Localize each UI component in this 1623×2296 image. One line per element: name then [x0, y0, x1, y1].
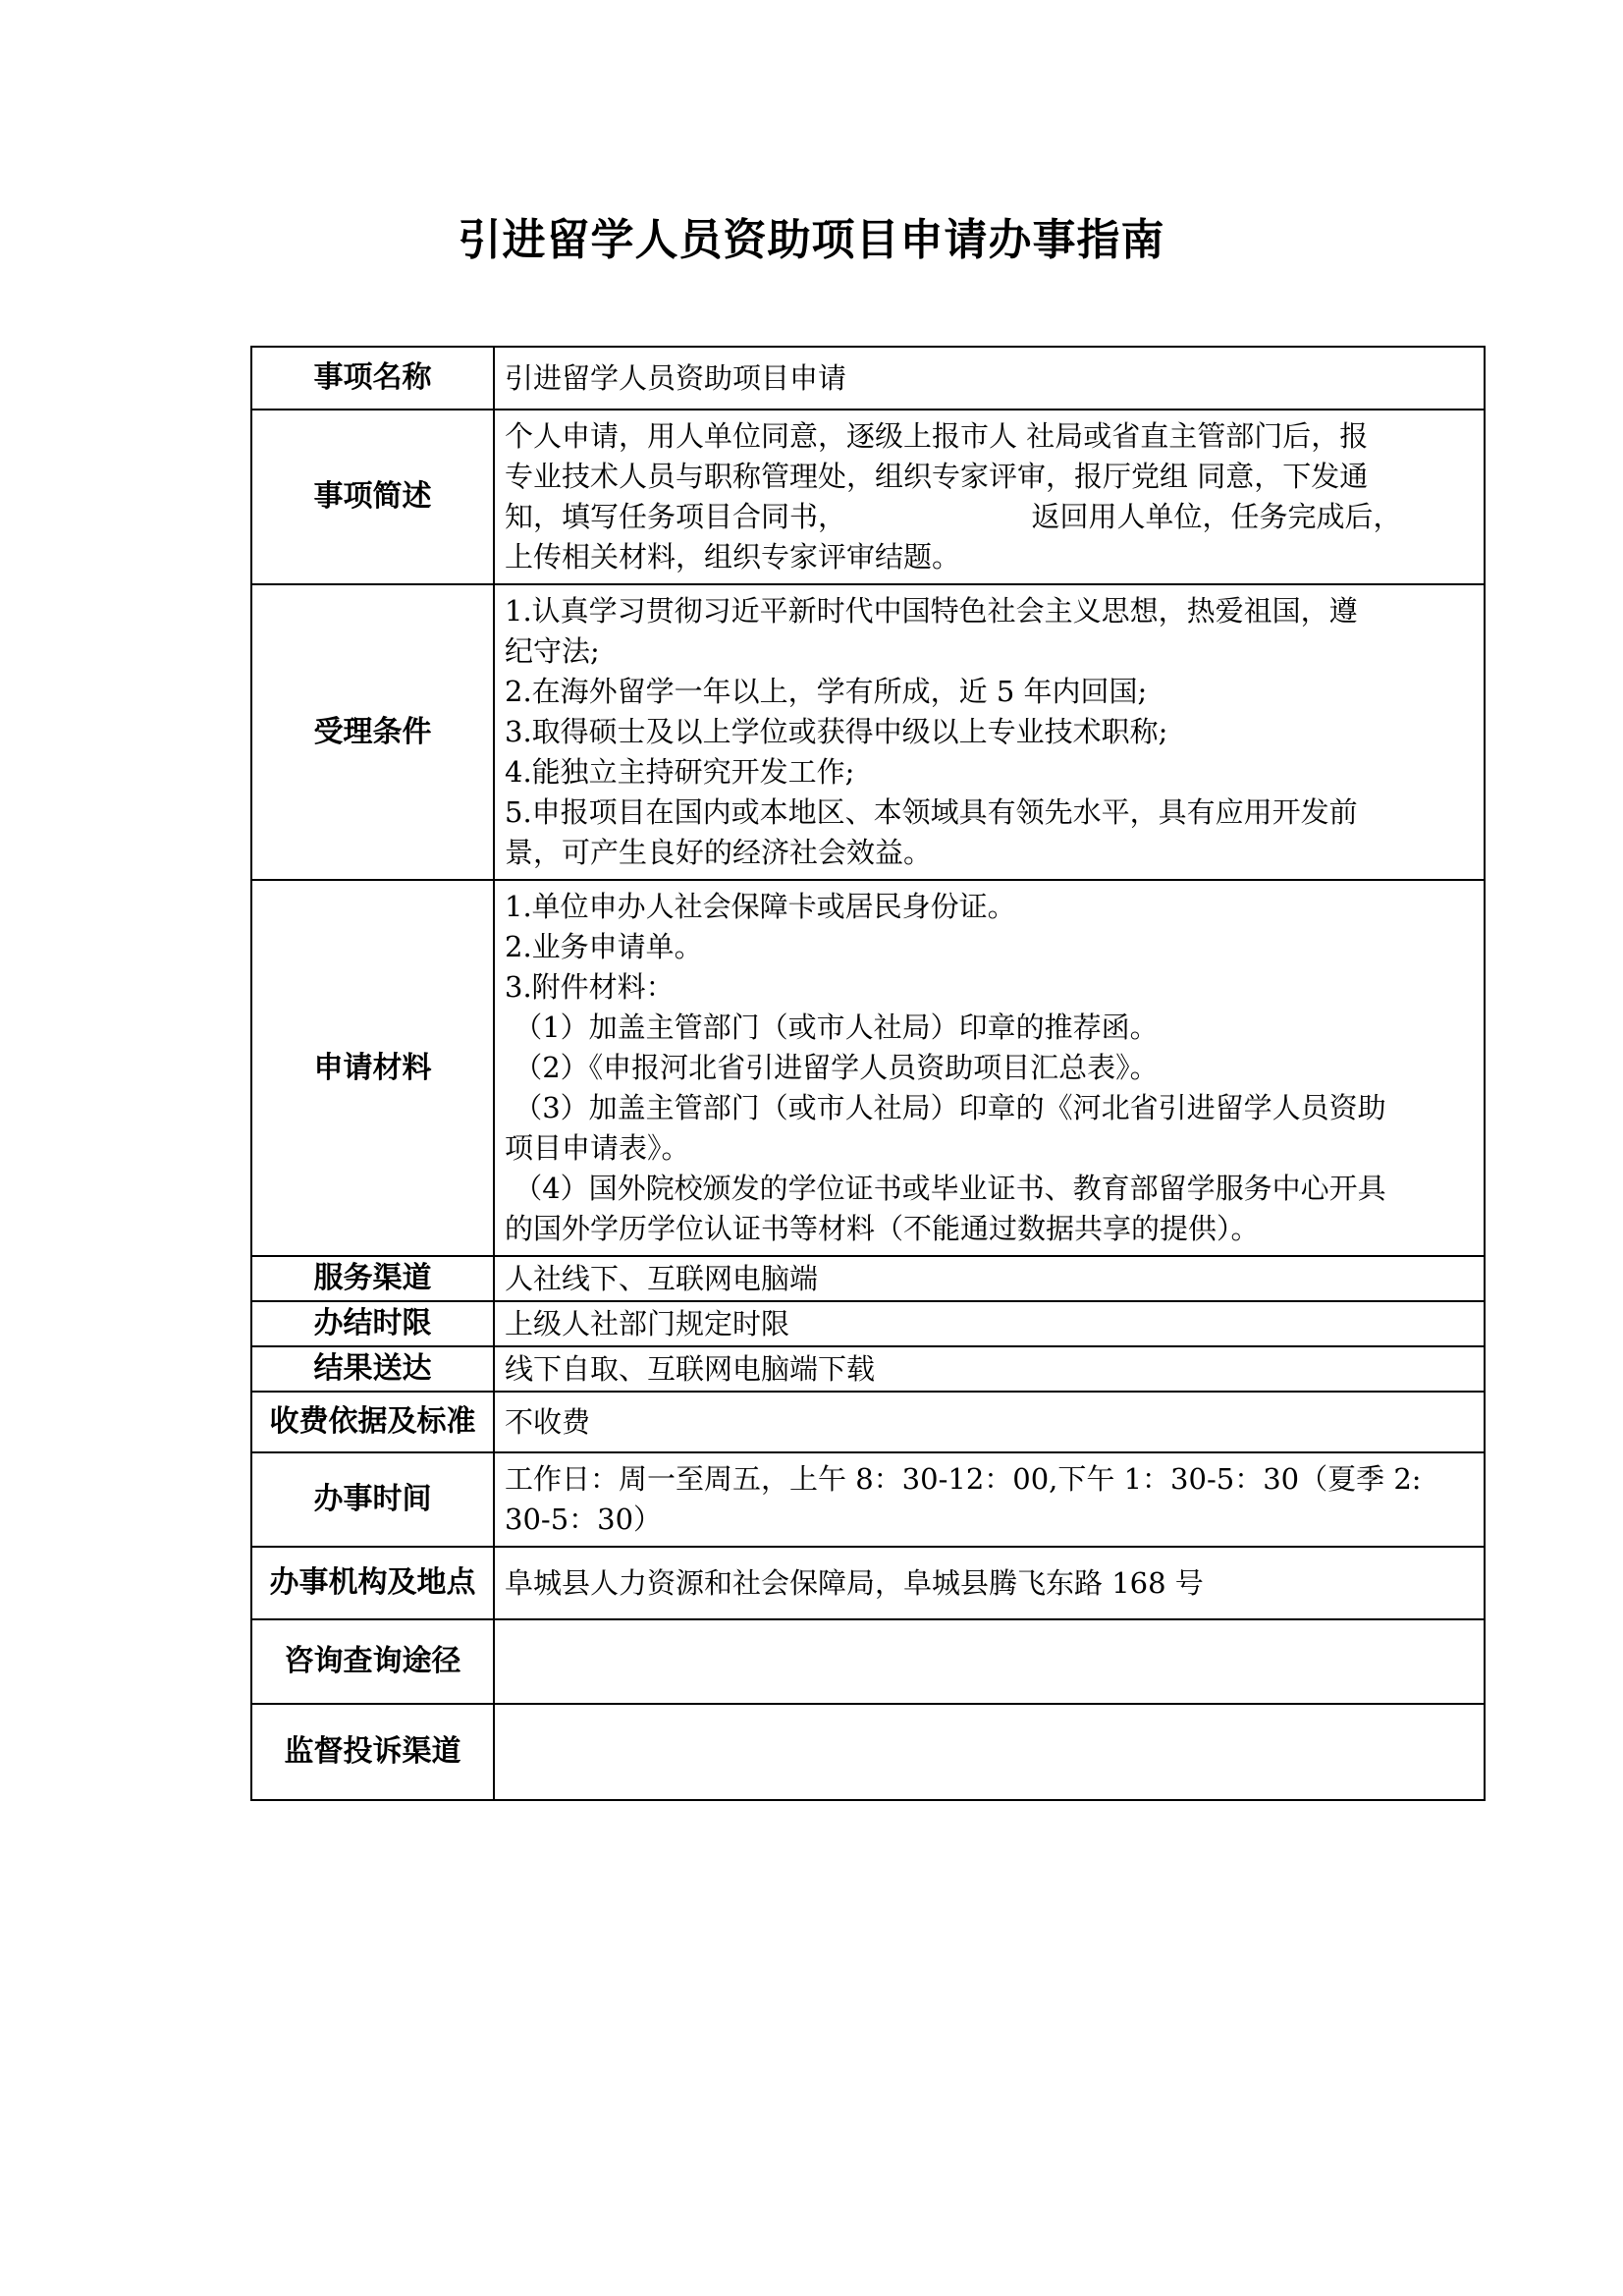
page-title: 引进留学人员资助项目申请办事指南: [0, 204, 1623, 267]
guide-table: 事项名称 引进留学人员资助项目申请 事项简述 个人申请，用人单位同意，逐级上报市…: [250, 346, 1486, 1801]
row-content-service-channel: 人社线下、互联网电脑端: [494, 1256, 1485, 1301]
row-label-office-location: 办事机构及地点: [251, 1547, 494, 1619]
row-content-fee-basis: 不收费: [494, 1392, 1485, 1452]
row-content-completion-time-limit: 上级人社部门规定时限: [494, 1301, 1485, 1346]
row-content-office-location: 阜城县人力资源和社会保障局，阜城县腾飞东路 168 号: [494, 1547, 1485, 1619]
row-content-application-materials: 1.单位申办人社会保障卡或居民身份证。 2.业务申请单。 3.附件材料： （1）…: [494, 880, 1485, 1256]
table-row-office-location: 办事机构及地点 阜城县人力资源和社会保障局，阜城县腾飞东路 168 号: [251, 1547, 1485, 1619]
row-label-office-hours: 办事时间: [251, 1452, 494, 1547]
table-row-item-name: 事项名称 引进留学人员资助项目申请: [251, 347, 1485, 410]
row-label-item-name: 事项名称: [251, 347, 494, 410]
row-label-item-summary: 事项简述: [251, 410, 494, 584]
table-row-office-hours: 办事时间 工作日：周一至周五，上午 8：30-12：00,下午 1：30-5：3…: [251, 1452, 1485, 1547]
row-label-completion-time-limit: 办结时限: [251, 1301, 494, 1346]
document-page: 引进留学人员资助项目申请办事指南 事项名称 引进留学人员资助项目申请 事项简述 …: [0, 0, 1623, 2296]
row-content-item-summary: 个人申请，用人单位同意，逐级上报市人 社局或省直主管部门后，报 专业技术人员与职…: [494, 410, 1485, 584]
row-content-office-hours: 工作日：周一至周五，上午 8：30-12：00,下午 1：30-5：30（夏季 …: [494, 1452, 1485, 1547]
row-label-complaint-channel: 监督投诉渠道: [251, 1704, 494, 1800]
row-content-acceptance-conditions: 1.认真学习贯彻习近平新时代中国特色社会主义思想，热爱祖国，遵 纪守法; 2.在…: [494, 584, 1485, 880]
table-row-acceptance-conditions: 受理条件 1.认真学习贯彻习近平新时代中国特色社会主义思想，热爱祖国，遵 纪守法…: [251, 584, 1485, 880]
row-label-fee-basis: 收费依据及标准: [251, 1392, 494, 1452]
row-content-inquiry-channel: [494, 1619, 1485, 1704]
row-content-complaint-channel: [494, 1704, 1485, 1800]
row-label-inquiry-channel: 咨询查询途径: [251, 1619, 494, 1704]
table-row-fee-basis: 收费依据及标准 不收费: [251, 1392, 1485, 1452]
table-row-service-channel: 服务渠道 人社线下、互联网电脑端: [251, 1256, 1485, 1301]
table-row-item-summary: 事项简述 个人申请，用人单位同意，逐级上报市人 社局或省直主管部门后，报 专业技…: [251, 410, 1485, 584]
row-content-result-delivery: 线下自取、互联网电脑端下载: [494, 1346, 1485, 1392]
table-row-result-delivery: 结果送达 线下自取、互联网电脑端下载: [251, 1346, 1485, 1392]
table-row-application-materials: 申请材料 1.单位申办人社会保障卡或居民身份证。 2.业务申请单。 3.附件材料…: [251, 880, 1485, 1256]
row-content-item-name: 引进留学人员资助项目申请: [494, 347, 1485, 410]
table-row-inquiry-channel: 咨询查询途径: [251, 1619, 1485, 1704]
row-label-acceptance-conditions: 受理条件: [251, 584, 494, 880]
table-row-complaint-channel: 监督投诉渠道: [251, 1704, 1485, 1800]
row-label-result-delivery: 结果送达: [251, 1346, 494, 1392]
table-row-completion-time-limit: 办结时限 上级人社部门规定时限: [251, 1301, 1485, 1346]
row-label-application-materials: 申请材料: [251, 880, 494, 1256]
row-label-service-channel: 服务渠道: [251, 1256, 494, 1301]
